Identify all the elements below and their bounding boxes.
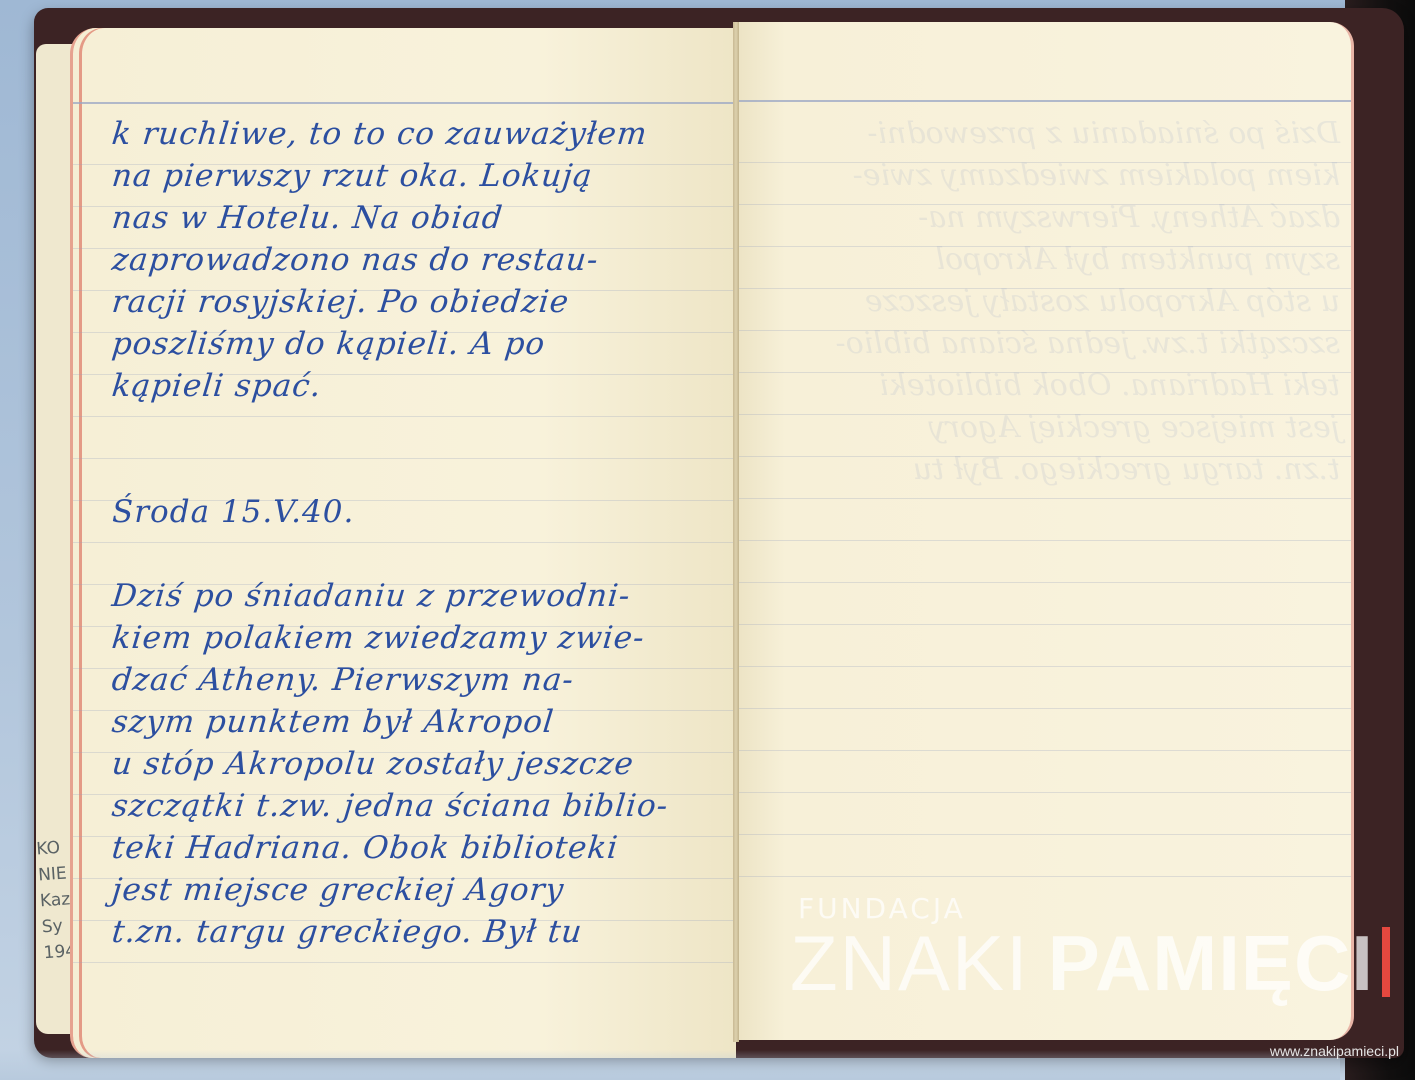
watermark-accent-bar xyxy=(1382,927,1390,997)
header-rule xyxy=(736,100,1351,102)
ruled-line xyxy=(73,962,736,963)
watermark-word-thin: ZNAKI xyxy=(790,923,1030,1003)
show-through-text: Dziś po śniadaniu z przewodni- kiem pola… xyxy=(760,113,1340,491)
diary-line: racji rosyjskiej. Po obiedzie xyxy=(110,281,724,323)
diary-line: szym punktem był Akropol xyxy=(110,701,724,743)
header-rule xyxy=(73,102,736,104)
diary-line: Dziś po śniadaniu z przewodni- xyxy=(110,575,724,617)
diary-line: k ruchliwe, to to co zauważyłem xyxy=(110,113,724,155)
notebook-spine xyxy=(733,22,739,1042)
ruled-line xyxy=(736,792,1351,793)
ruled-line xyxy=(736,750,1351,751)
diary-line: poszliśmy do kąpieli. A po xyxy=(110,323,724,365)
ruled-line xyxy=(736,876,1351,877)
diary-line: nas w Hotelu. Na obiad xyxy=(110,197,724,239)
ruled-line xyxy=(736,624,1351,625)
ruled-line xyxy=(736,666,1351,667)
diary-line: na pierwszy rzut oka. Lokują xyxy=(110,155,724,197)
ruled-line xyxy=(736,498,1351,499)
ruled-line xyxy=(736,540,1351,541)
diary-line: jest miejsce greckiej Agory xyxy=(110,869,724,911)
diary-line: u stóp Akropolu zostały jeszcze xyxy=(110,743,724,785)
foundation-watermark: FUNDACJA ZNAKI PAMIĘCI xyxy=(790,892,1390,1003)
date-heading: Środa 15.V.40. xyxy=(112,491,722,533)
diary-line: kąpieli spać. xyxy=(110,365,724,407)
watermark-word-bold: PAMIĘCI xyxy=(1048,923,1374,1003)
ruled-line xyxy=(736,708,1351,709)
ruled-line xyxy=(736,582,1351,583)
diary-line: t.zn. targu greckiego. Był tu xyxy=(110,911,724,953)
watermark-url: www.znakipamieci.pl xyxy=(1270,1043,1399,1059)
diary-line: zaprowadzono nas do restau- xyxy=(110,239,724,281)
notebook-scan: KO NIE Kaz Sy 194 xyxy=(0,0,1415,1080)
diary-line: teki Hadriana. Obok biblioteki xyxy=(110,827,724,869)
diary-line: szczątki t.zw. jedna ściana biblio- xyxy=(110,785,724,827)
ruled-line xyxy=(736,834,1351,835)
diary-entry: k ruchliwe, to to co zauważyłem na pierw… xyxy=(112,113,722,953)
diary-line: dzać Atheny. Pierwszym na- xyxy=(110,659,724,701)
background-strip xyxy=(0,1050,1340,1080)
diary-line: kiem polakiem zwiedzamy zwie- xyxy=(110,617,724,659)
